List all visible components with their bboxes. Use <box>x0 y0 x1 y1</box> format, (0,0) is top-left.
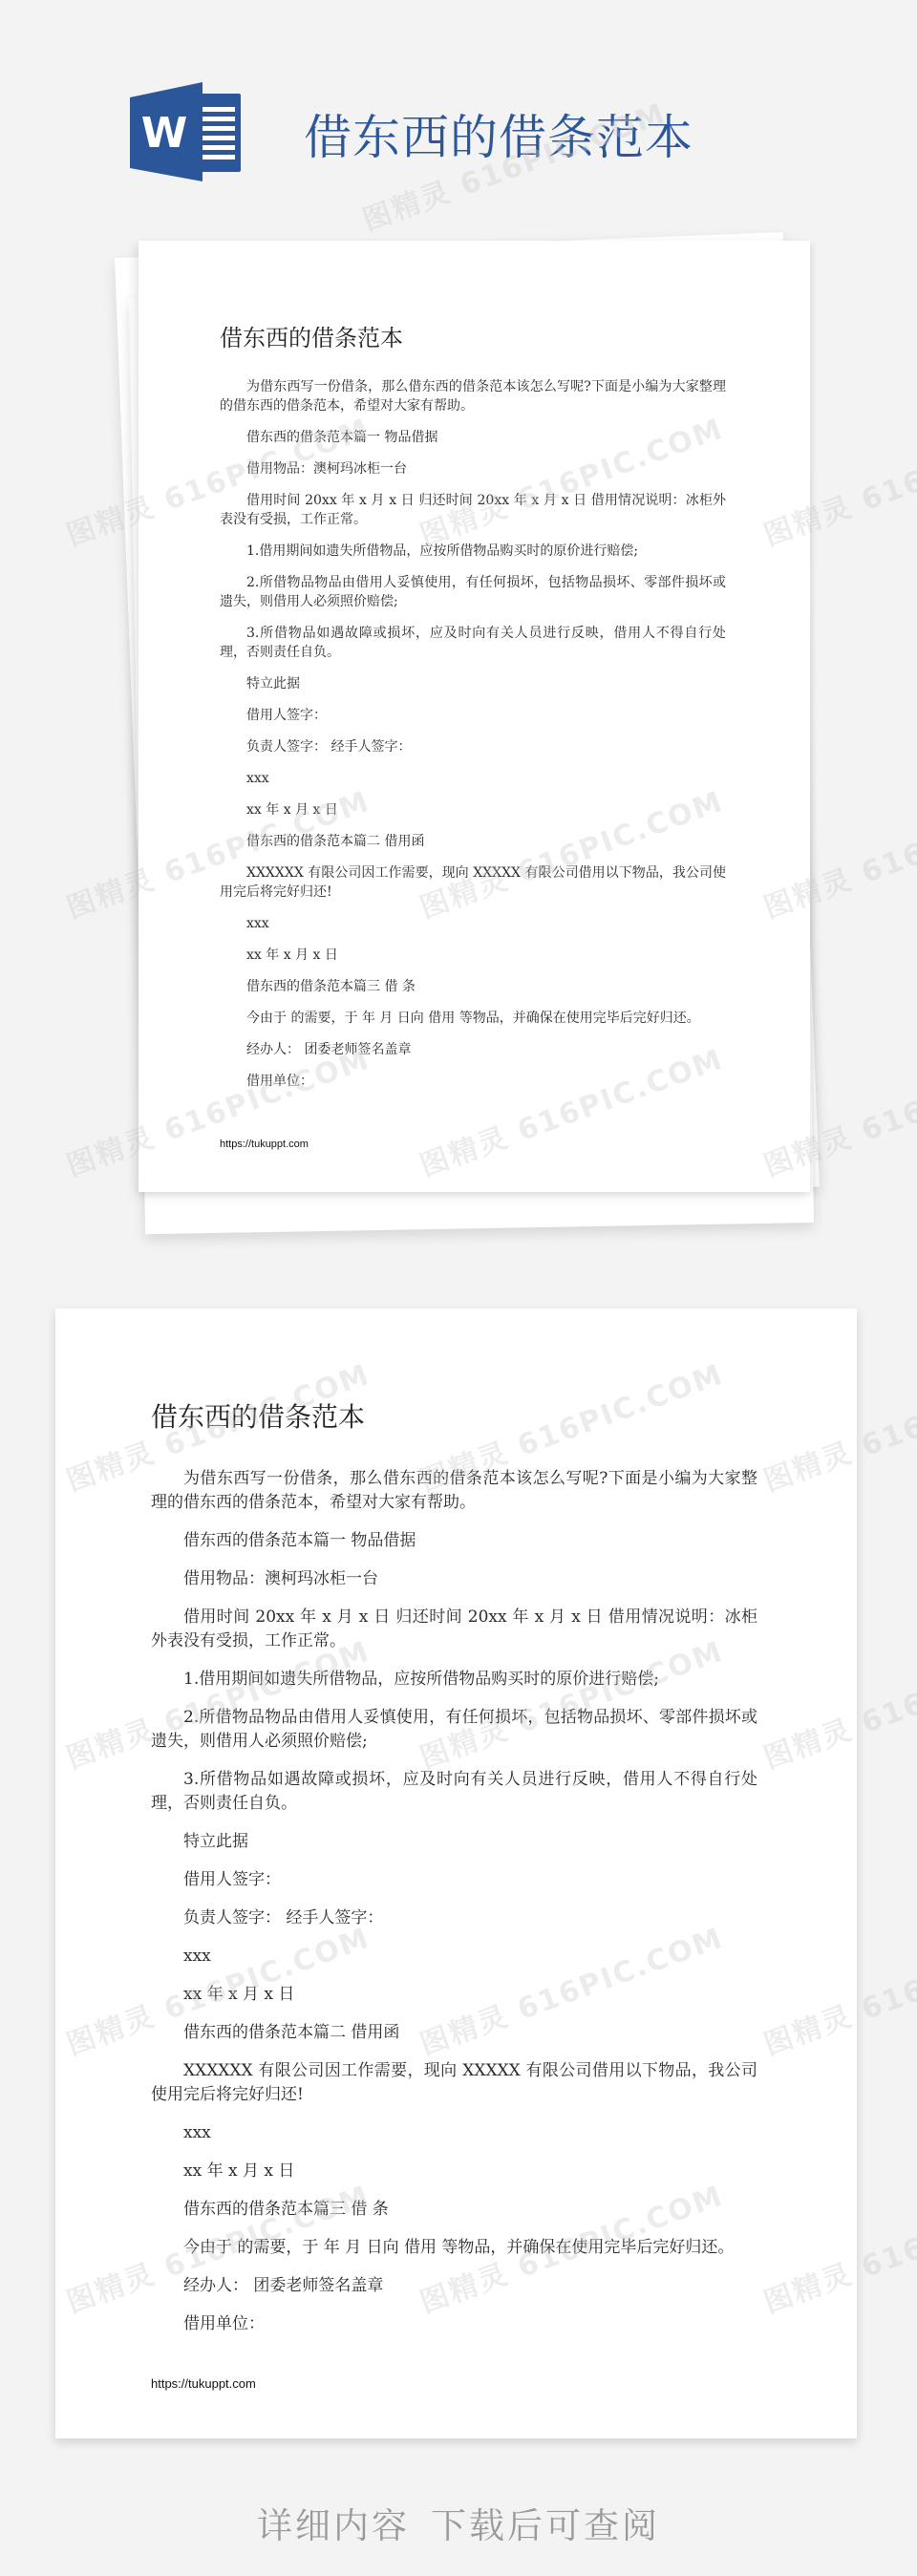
document-title: 借东西的借条范本 <box>220 319 726 352</box>
source-url: https://tukuppt.com <box>220 1139 309 1150</box>
document-paragraph: 借东西的借条范本篇一 物品借据 <box>220 428 726 447</box>
document-paragraph: 1.借用期间如遗失所借物品，应按所借物品购买时的原价进行赔偿; <box>151 1668 757 1692</box>
download-prompt-part1: 详细内容 <box>257 2505 410 2546</box>
document-paragraph: 负责人签字： 经手人签字： <box>151 1906 757 1930</box>
document-body: 借东西的借条范本 为借东西写一份借条，那么借东西的借条范本该怎么写呢?下面是小编… <box>220 319 726 1103</box>
paragraph-list: 为借东西写一份借条，那么借东西的借条范本该怎么写呢?下面是小编为大家整理的借东西… <box>220 377 726 1091</box>
document-paragraph: 为借东西写一份借条，那么借东西的借条范本该怎么写呢?下面是小编为大家整理的借东西… <box>151 1467 757 1515</box>
document-paragraph: 借用物品：澳柯玛冰柜一台 <box>151 1567 757 1591</box>
document-paragraph: 借东西的借条范本篇三 借 条 <box>220 977 726 996</box>
document-paragraph: 借用物品：澳柯玛冰柜一台 <box>220 459 726 479</box>
document-page: 借东西的借条范本 为借东西写一份借条，那么借东西的借条范本该怎么写呢?下面是小编… <box>55 1309 857 2438</box>
document-paragraph: 借东西的借条范本篇二 借用函 <box>151 2021 757 2045</box>
document-paragraph: 借东西的借条范本篇二 借用函 <box>220 832 726 851</box>
document-paragraph: 今由于 的需要，于 年 月 日向 借用 等物品，并确保在使用完毕后完好归还。 <box>220 1009 726 1028</box>
page-title: 借东西的借条范本 <box>304 99 693 168</box>
document-paragraph: XXXXXX 有限公司因工作需要，现向 XXXXX 有限公司借用以下物品，我公司… <box>151 2059 757 2107</box>
document-paragraph: 负责人签字： 经手人签字： <box>220 737 726 756</box>
document-paragraph: 2.所借物品物品由借用人妥慎使用，有任何损坏，包括物品损坏、零部件损坏或遗失，则… <box>220 573 726 611</box>
document-paragraph: 1.借用期间如遗失所借物品，应按所借物品购买时的原价进行赔偿; <box>220 542 726 561</box>
source-url: https://tukuppt.com <box>151 2376 256 2391</box>
document-paragraph: 借用时间 20xx 年 x 月 x 日 归还时间 20xx 年 x 月 x 日 … <box>220 491 726 529</box>
document-paragraph: xxx <box>151 1945 757 1969</box>
document-paragraph: xxx <box>220 914 726 933</box>
document-paragraph: 2.所借物品物品由借用人妥慎使用，有任何损坏，包括物品损坏、零部件损坏或遗失，则… <box>151 1706 757 1754</box>
document-paragraph: xxx <box>151 2121 757 2145</box>
document-preview-stack: 借东西的借条范本 为借东西写一份借条，那么借东西的借条范本该怎么写呢?下面是小编… <box>0 220 917 1251</box>
paragraph-list: 为借东西写一份借条，那么借东西的借条范本该怎么写呢?下面是小编为大家整理的借东西… <box>151 1467 757 2336</box>
document-title: 借东西的借条范本 <box>151 1396 757 1435</box>
document-paragraph: xxx <box>220 769 726 788</box>
document-paragraph: XXXXXX 有限公司因工作需要，现向 XXXXX 有限公司借用以下物品，我公司… <box>220 863 726 902</box>
document-paragraph: xx 年 x 月 x 日 <box>151 1983 757 2007</box>
header: W 借东西的借条范本 <box>0 0 917 220</box>
document-paragraph: xx 年 x 月 x 日 <box>151 2160 757 2183</box>
word-document-icon: W <box>124 80 248 183</box>
document-paragraph: 为借东西写一份借条，那么借东西的借条范本该怎么写呢?下面是小编为大家整理的借东西… <box>220 377 726 415</box>
document-paragraph: 借用单位： <box>220 1072 726 1091</box>
document-paragraph: 借用人签字： <box>151 1868 757 1892</box>
document-paragraph: 借东西的借条范本篇一 物品借据 <box>151 1529 757 1553</box>
download-prompt-part2: 下载后可查阅 <box>431 2505 660 2546</box>
document-paragraph: 借东西的借条范本篇三 借 条 <box>151 2198 757 2222</box>
document-paragraph: xx 年 x 月 x 日 <box>220 800 726 820</box>
document-paragraph: 3.所借物品如遇故障或损坏，应及时向有关人员进行反映，借用人不得自行处理，否则责… <box>151 1768 757 1816</box>
document-paragraph: 特立此据 <box>220 674 726 693</box>
document-paragraph: 借用人签字： <box>220 706 726 725</box>
document-paragraph: xx 年 x 月 x 日 <box>220 946 726 965</box>
document-paragraph: 经办人： 团委老师签名盖章 <box>220 1040 726 1059</box>
document-paragraph: 3.所借物品如遇故障或损坏，应及时向有关人员进行反映，借用人不得自行处理，否则责… <box>220 624 726 662</box>
document-paragraph: 借用时间 20xx 年 x 月 x 日 归还时间 20xx 年 x 月 x 日 … <box>151 1606 757 1653</box>
download-prompt: 详细内容下载后可查阅 <box>0 2497 917 2548</box>
document-body: 借东西的借条范本 为借东西写一份借条，那么借东西的借条范本该怎么写呢?下面是小编… <box>151 1396 757 2351</box>
document-paragraph: 特立此据 <box>151 1830 757 1854</box>
document-paragraph: 今由于 的需要，于 年 月 日向 借用 等物品，并确保在使用完毕后完好归还。 <box>151 2236 757 2260</box>
document-page-thumbnail[interactable]: 借东西的借条范本 为借东西写一份借条，那么借东西的借条范本该怎么写呢?下面是小编… <box>139 241 810 1192</box>
document-paragraph: 借用单位： <box>151 2312 757 2336</box>
svg-text:W: W <box>141 109 188 158</box>
document-paragraph: 经办人： 团委老师签名盖章 <box>151 2274 757 2298</box>
